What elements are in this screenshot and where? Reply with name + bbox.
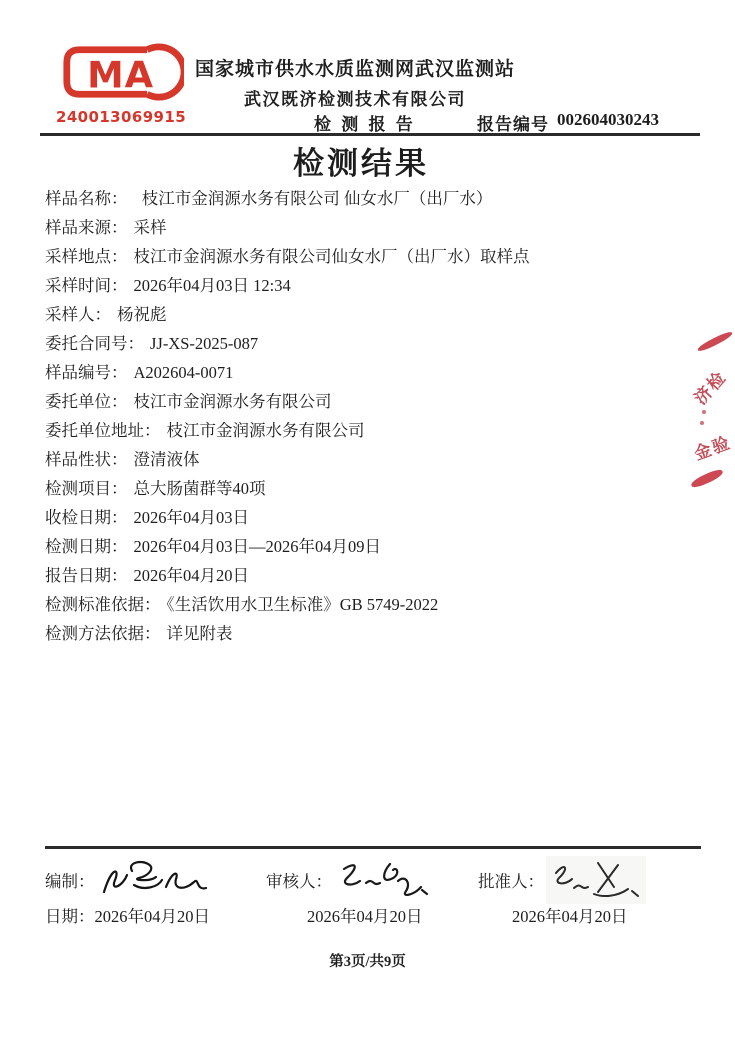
- prepared-by-signature: [96, 856, 214, 904]
- reviewed-by-signature: [334, 856, 434, 904]
- approved-by-signature: [546, 856, 646, 904]
- report-type-label: 检 测 报 告: [314, 110, 416, 135]
- report-header-line: 检 测 报 告 报告编号 002604030243: [0, 110, 735, 132]
- report-number-label: 报告编号: [477, 110, 549, 135]
- seal-text-fragment-bottom: 金验: [690, 428, 734, 464]
- approved-date: 2026年04月20日: [512, 903, 628, 927]
- report-number-value: 002604030243: [557, 110, 659, 130]
- seal-arc-top: [696, 330, 733, 353]
- field-sample-name: 样品名称： 枝江市金润源水务有限公司 仙女水厂（出厂水）: [45, 184, 695, 213]
- prepared-by-label: 编制：: [45, 868, 95, 892]
- reviewed-date: 2026年04月20日: [307, 903, 423, 927]
- signature-divider-line: [45, 846, 701, 849]
- signature-row: 编制： 审核人： 批准人：: [0, 856, 735, 904]
- field-client-address: 委托单位地址：枝江市金润源水务有限公司: [45, 416, 695, 445]
- field-test-items: 检测项目：总大肠菌群等40项: [45, 474, 695, 503]
- org-name-line1: 国家城市供水水质监测网武汉监测站: [150, 54, 560, 81]
- report-page: MA 240013069915 国家城市供水水质监测网武汉监测站 武汉既济检测技…: [0, 0, 735, 1041]
- field-sample-number: 样品编号：A202604-0071: [45, 358, 695, 387]
- reviewed-by-label: 审核人：: [266, 868, 332, 892]
- field-sampling-location: 采样地点：枝江市金润源水务有限公司仙女水厂（出厂水）取样点: [45, 242, 695, 271]
- field-sample-condition: 样品性状：澄清液体: [45, 445, 695, 474]
- header-divider-line: [40, 133, 700, 136]
- svg-text:MA: MA: [87, 53, 154, 96]
- org-name-line2: 武汉既济检测技术有限公司: [150, 85, 560, 110]
- page-number: 第3页/共9页: [0, 950, 735, 971]
- page-title: 检测结果: [0, 138, 722, 183]
- seal-dot: [702, 410, 706, 414]
- seal-dot: [700, 421, 704, 425]
- field-client-name: 委托单位：枝江市金润源水务有限公司: [45, 387, 695, 416]
- field-test-date: 检测日期：2026年04月03日—2026年04月09日: [45, 532, 695, 561]
- field-sampler: 采样人：杨祝彪: [45, 300, 695, 329]
- sample-info-fields: 样品名称： 枝江市金润源水务有限公司 仙女水厂（出厂水） 样品来源：采样 采样地…: [45, 184, 695, 648]
- organization-block: 国家城市供水水质监测网武汉监测站 武汉既济检测技术有限公司: [150, 54, 560, 110]
- prepared-date: 日期：2026年04月20日: [45, 903, 210, 927]
- field-test-method: 检测方法依据：详见附表: [45, 619, 695, 648]
- field-receipt-date: 收检日期：2026年04月03日: [45, 503, 695, 532]
- field-report-date: 报告日期：2026年04月20日: [45, 561, 695, 590]
- field-test-standard: 检测标准依据：《生活饮用水卫生标准》GB 5749-2022: [45, 590, 695, 619]
- field-sample-source: 样品来源：采样: [45, 213, 695, 242]
- field-contract-number: 委托合同号：JJ-XS-2025-087: [45, 329, 695, 358]
- approved-by-label: 批准人：: [478, 868, 544, 892]
- field-sampling-time: 采样时间：2026年04月03日 12:34: [45, 271, 695, 300]
